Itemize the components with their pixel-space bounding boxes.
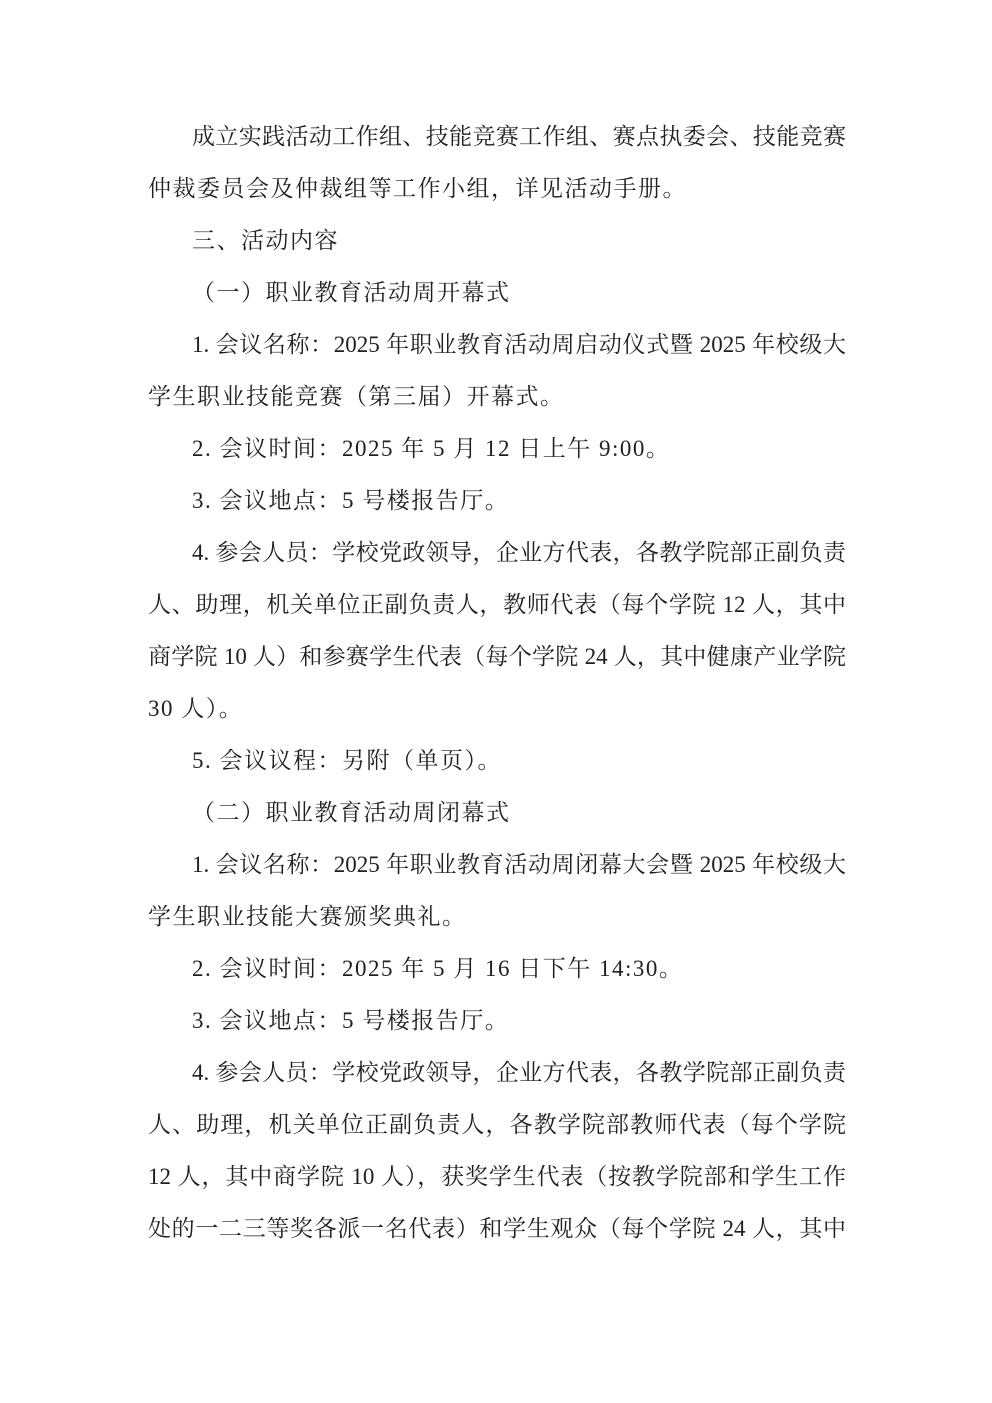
- doc-line: 学生职业技能大赛颁奖典礼。: [148, 891, 846, 943]
- doc-line: 人、助理，机关单位正副负责人，教师代表（每个学院 12 人，其中: [148, 579, 846, 631]
- heading-line: （二）职业教育活动周闭幕式: [148, 787, 846, 839]
- document-text-block: 成立实践活动工作组、技能竞赛工作组、赛点执委会、技能竞赛 仲裁委员会及仲裁组等工…: [148, 111, 846, 1255]
- document-page: 成立实践活动工作组、技能竞赛工作组、赛点执委会、技能竞赛 仲裁委员会及仲裁组等工…: [0, 0, 992, 1403]
- doc-line: 仲裁委员会及仲裁组等工作小组，详见活动手册。: [148, 163, 846, 215]
- doc-line: 商学院 10 人）和参赛学生代表（每个学院 24 人，其中健康产业学院: [148, 631, 846, 683]
- doc-line: 5. 会议议程：另附（单页）。: [148, 735, 846, 787]
- doc-line: 3. 会议地点：5 号楼报告厅。: [148, 995, 846, 1047]
- doc-line: 2. 会议时间：2025 年 5 月 12 日上午 9:00。: [148, 423, 846, 475]
- doc-line: 30 人）。: [148, 683, 846, 735]
- doc-line: 3. 会议地点：5 号楼报告厅。: [148, 475, 846, 527]
- doc-line: 12 人，其中商学院 10 人），获奖学生代表（按教学院部和学生工作: [148, 1151, 846, 1203]
- doc-line: 人、助理，机关单位正副负责人，各教学院部教师代表（每个学院: [148, 1099, 846, 1151]
- doc-line: 学生职业技能竞赛（第三届）开幕式。: [148, 371, 846, 423]
- doc-line: 4. 参会人员：学校党政领导，企业方代表，各教学院部正副负责: [148, 527, 846, 579]
- doc-line: 成立实践活动工作组、技能竞赛工作组、赛点执委会、技能竞赛: [148, 111, 846, 163]
- heading-line: （一）职业教育活动周开幕式: [148, 267, 846, 319]
- doc-line: 4. 参会人员：学校党政领导，企业方代表，各教学院部正副负责: [148, 1047, 846, 1099]
- doc-line: 1. 会议名称：2025 年职业教育活动周启动仪式暨 2025 年校级大: [148, 319, 846, 371]
- doc-line: 处的一二三等奖各派一名代表）和学生观众（每个学院 24 人，其中: [148, 1203, 846, 1255]
- doc-line: 1. 会议名称：2025 年职业教育活动周闭幕大会暨 2025 年校级大: [148, 839, 846, 891]
- heading-line: 三、活动内容: [148, 215, 846, 267]
- doc-line: 2. 会议时间：2025 年 5 月 16 日下午 14:30。: [148, 943, 846, 995]
